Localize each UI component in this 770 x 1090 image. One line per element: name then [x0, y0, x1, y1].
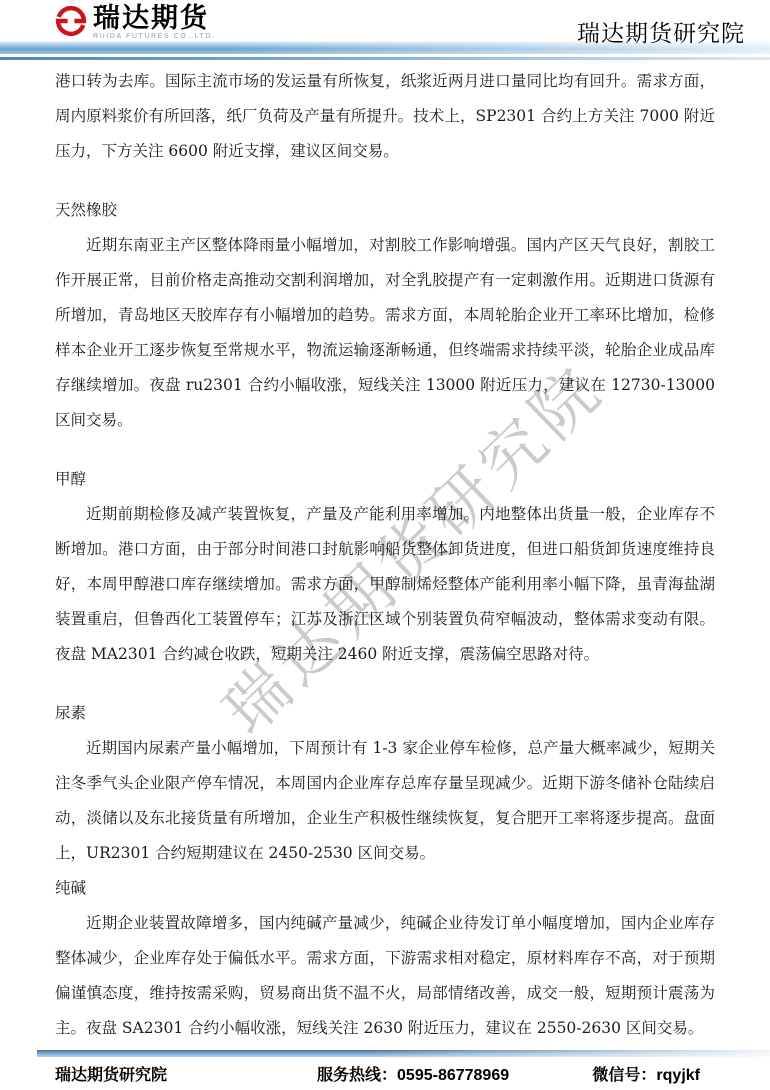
brand-name-en: RUIDA FUTURES CO.,LTD. — [93, 33, 216, 40]
section-heading-methanol: 甲醇 — [55, 462, 715, 497]
section-heading-urea: 尿素 — [55, 696, 715, 731]
paragraph-pulp-continuation: 港口转为去库。国际主流市场的发运量有所恢复，纸浆近两月进口量同比均有回升。需求方… — [55, 64, 715, 169]
paragraph-natural-rubber: 近期东南亚主产区整体降雨量小幅增加，对割胶工作影响增强。国内产区天气良好，割胶工… — [55, 228, 715, 438]
paragraph-methanol: 近期前期检修及减产装置恢复，产量及产能利用率增加。内地整体出货量一般，企业库存不… — [55, 497, 715, 672]
footer-hotline-label: 服务热线： — [317, 1067, 397, 1084]
footer-wechat-label: 微信号： — [592, 1067, 656, 1084]
footer: 瑞达期货研究院 服务热线：0595-86778969 微信号：rqyjkf — [55, 1062, 715, 1088]
section-heading-natural-rubber: 天然橡胶 — [55, 193, 715, 228]
footer-divider-band — [37, 1050, 770, 1057]
footer-wechat-id: rqyjkf — [656, 1067, 700, 1084]
section-heading-soda-ash: 纯碱 — [55, 871, 715, 906]
report-page: 瑞达期货 RUIDA FUTURES CO.,LTD. 瑞达期货研究院 瑞达期货… — [0, 0, 770, 1090]
footer-hotline-number: 0595-86778969 — [397, 1067, 509, 1084]
ruida-logo-icon — [54, 4, 88, 38]
paragraph-urea: 近期国内尿素产量小幅增加，下周预计有 1-3 家企业停车检修，总产量大概率减少，… — [55, 731, 715, 871]
footer-wechat: 微信号：rqyjkf — [592, 1062, 700, 1085]
footer-org: 瑞达期货研究院 — [55, 1062, 167, 1085]
paragraph-soda-ash: 近期企业装置故障增多，国内纯碱产量减少，纯碱企业待发订单小幅度增加，国内企业库存… — [55, 906, 715, 1046]
header-divider-line — [0, 57, 770, 60]
brand-name-cn: 瑞达期货 — [93, 4, 216, 32]
brand-logo: 瑞达期货 RUIDA FUTURES CO.,LTD. — [54, 4, 216, 40]
brand-text: 瑞达期货 RUIDA FUTURES CO.,LTD. — [93, 4, 216, 40]
header-title: 瑞达期货研究院 — [577, 15, 745, 48]
footer-hotline: 服务热线：0595-86778969 — [317, 1062, 509, 1085]
report-body: 港口转为去库。国际主流市场的发运量有所恢复，纸浆近两月进口量同比均有回升。需求方… — [55, 64, 715, 1046]
